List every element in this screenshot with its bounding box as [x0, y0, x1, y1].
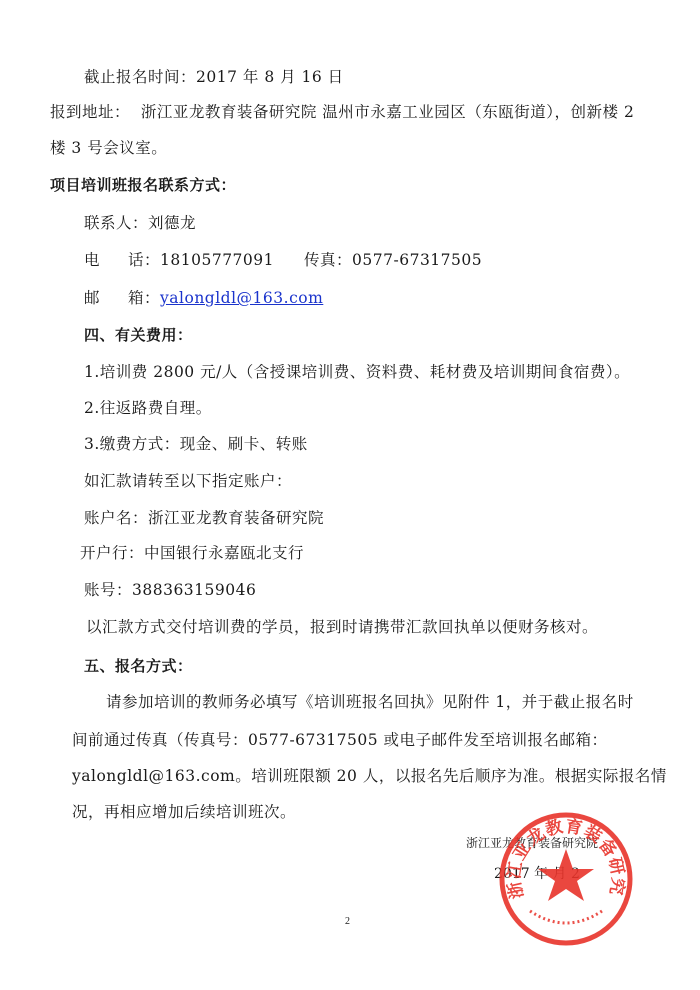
phone-label-b: 话：: [128, 251, 160, 269]
contact-person-name: 刘德龙: [148, 214, 196, 232]
address-label: 报到地址：: [50, 103, 130, 121]
address-line-2: 楼 3 号会议室。: [50, 138, 167, 158]
contact-person-label: 联系人：: [84, 214, 148, 232]
email-label-a: 邮: [84, 289, 100, 307]
fax-number: 0577-67317505: [352, 251, 482, 269]
fax-label: 传真：: [304, 251, 352, 269]
address-line-1: 报到地址： 浙江亚龙教育装备研究院 温州市永嘉工业园区（东瓯街道），创新楼 2: [50, 102, 634, 122]
registration-para-line-2: 间前通过传真（传真号：0577-67317505 或电子邮件发至培训报名邮箱：: [72, 730, 608, 750]
email-link[interactable]: yalongldl@163.com: [160, 289, 323, 307]
contact-heading: 项目培训班报名联系方式：: [50, 175, 236, 195]
phone-label-a: 电: [84, 251, 100, 269]
address-text-1: 浙江亚龙教育装备研究院 温州市永嘉工业园区（东瓯街道），创新楼 2: [141, 103, 634, 121]
address-text-2: 楼 3 号会议室。: [50, 139, 167, 157]
phone-line: 电话：18105777091传真：0577-67317505: [84, 250, 482, 270]
registration-para-line-4: 况，再相应增加后续培训班次。: [72, 802, 296, 822]
transfer-note: 以汇款方式交付培训费的学员，报到时请携带汇款回执单以便财务核对。: [86, 617, 598, 637]
registration-para-line-1: 请参加培训的教师务必填写《培训班报名回执》见附件 1，并于截止报名时: [106, 692, 634, 712]
email-label-b: 箱：: [128, 289, 160, 307]
deadline-value: 2017 年 8 月 16 日: [196, 68, 344, 86]
fee-item-3: 3.缴费方式：现金、刷卡、转账: [84, 434, 308, 454]
account-name: 账户名：浙江亚龙教育装备研究院: [84, 508, 324, 528]
transfer-intro: 如汇款请转至以下指定账户：: [84, 471, 292, 491]
deadline-label: 截止报名时间：: [84, 68, 196, 86]
email-line: 邮箱：yalongldl@163.com: [84, 288, 323, 308]
registration-para-line-3: yalongldl@163.com。培训班限额 20 人，以报名先后顺序为准。根…: [72, 766, 667, 786]
deadline-line: 截止报名时间：2017 年 8 月 16 日: [84, 67, 344, 87]
fees-heading: 四、有关费用：: [84, 325, 193, 345]
phone-number: 18105777091: [160, 251, 274, 269]
page-number: 2: [345, 916, 350, 927]
fee-item-1: 1.培训费 2800 元/人（含授课培训费、资料费、耗材费及培训期间食宿费）。: [84, 362, 630, 382]
registration-heading: 五、报名方式：: [84, 656, 193, 676]
contact-person-line: 联系人：刘德龙: [84, 213, 196, 233]
bank-name: 开户行：中国银行永嘉瓯北支行: [80, 543, 304, 563]
fee-item-2: 2.往返路费自理。: [84, 398, 212, 418]
account-number: 账号：388363159046: [84, 580, 256, 600]
official-seal-icon: 浙江亚龙教育装备研究院: [498, 811, 634, 947]
